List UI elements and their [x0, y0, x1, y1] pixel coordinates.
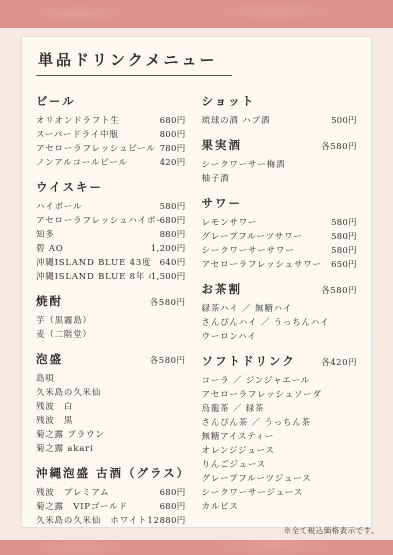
item-price: 880円	[160, 514, 186, 528]
menu-item: 知多880円	[36, 228, 186, 242]
menu-item: 残波 プレミアム680円	[36, 486, 186, 500]
item-label: ハイボール	[36, 200, 82, 214]
menu-item: オレンジジュース	[202, 444, 357, 458]
item-label: グレープフルーツジュース	[202, 472, 312, 486]
item-label: 菊之露 VIPゴールド	[36, 500, 128, 514]
section-header: ソフトドリンク各420円	[202, 353, 357, 369]
item-price: 650円	[331, 258, 357, 272]
item-label: グレープフルーツサワー	[202, 230, 303, 244]
section-item-list: コーラ ／ ジンジャエールアセローラフレッシュソーダ烏龍茶 ／ 緑茶さんぴん茶 …	[202, 374, 357, 514]
menu-item: 残波 黒	[36, 414, 186, 428]
item-label: 残波 白	[36, 400, 73, 414]
item-price: 640円	[160, 256, 186, 270]
menu-item: 残波 白	[36, 400, 186, 414]
menu-item: コーラ ／ ジンジャエール	[202, 374, 357, 388]
item-price: 1,500円	[151, 270, 186, 284]
section-header: お茶割各580円	[202, 281, 357, 297]
menu-item: 沖縄ISLAND BLUE 43度640円	[36, 256, 186, 270]
item-label: アセローラフレッシュサワー	[202, 258, 322, 272]
menu-item: ノンアルコールビール420円	[36, 156, 186, 170]
section-header: 果実酒各580円	[202, 137, 357, 153]
menu-item: 島唄	[36, 372, 186, 386]
item-label: コーラ ／ ジンジャエール	[202, 374, 311, 388]
menu-item: 菊之露 akari	[36, 442, 186, 456]
item-label: 沖縄ISLAND BLUE 43度	[36, 256, 151, 270]
section-header: サワー	[202, 195, 357, 211]
section-header: ビール	[36, 93, 186, 109]
item-label: オリオンドラフト生	[36, 114, 120, 128]
item-label: シークワーサー梅酒	[202, 158, 286, 172]
section-header: ショット	[202, 93, 357, 109]
section-item-list: レモンサワー580円グレープフルーツサワー580円シークワーサーサワー580円ア…	[202, 216, 357, 272]
item-price: 580円	[331, 244, 357, 258]
menu-item: ウーロンハイ	[202, 330, 357, 344]
item-label: 柚子酒	[202, 172, 230, 186]
section-title: 焼酎	[36, 293, 63, 309]
menu-columns: ビールオリオンドラフト生680円スーパードライ中瓶800円アセローラフレッシュビ…	[36, 84, 357, 530]
section-price-note: 各580円	[321, 140, 357, 152]
menu-section: ソフトドリンク各420円コーラ ／ ジンジャエールアセローラフレッシュソーダ烏龍…	[202, 353, 357, 514]
section-item-list: ハイボール580円アセローラフレッシュハイボール680円知多880円碧 AO1,…	[36, 200, 186, 284]
item-label: 久米島の久米仙	[36, 386, 101, 400]
menu-item: シークワーサー梅酒	[202, 158, 357, 172]
item-label: アセローラフレッシュビール	[36, 142, 156, 156]
item-label: 残波 黒	[36, 414, 73, 428]
section-item-list: 緑茶ハイ ／ 無糖ハイさんぴんハイ ／ うっちんハイウーロンハイ	[202, 302, 357, 344]
item-label: 烏龍茶 ／ 緑茶	[202, 402, 265, 416]
item-label: りんごジュース	[202, 458, 267, 472]
menu-item: 碧 AO1,200円	[36, 242, 186, 256]
section-item-list: 琉球の酒 ハブ酒500円	[202, 114, 357, 128]
item-label: 麦（二階堂）	[36, 328, 92, 342]
menu-item: アセローラフレッシュサワー650円	[202, 258, 357, 272]
menu-card: 単品ドリンクメニュー ビールオリオンドラフト生680円スーパードライ中瓶800円…	[21, 36, 372, 528]
section-item-list: 残波 プレミアム680円菊之露 VIPゴールド680円久米島の久米仙 ホワイト1…	[36, 486, 186, 528]
section-header: 焼酎各580円	[36, 293, 186, 309]
section-title: サワー	[202, 195, 243, 211]
item-label: 知多	[36, 228, 55, 242]
menu-item: アセローラフレッシュビール780円	[36, 142, 186, 156]
section-header: 泡盛各580円	[36, 351, 186, 367]
menu-section: サワーレモンサワー580円グレープフルーツサワー580円シークワーサーサワー58…	[202, 195, 357, 272]
item-label: スーパードライ中瓶	[36, 128, 119, 142]
menu-item: 緑茶ハイ ／ 無糖ハイ	[202, 302, 357, 316]
item-label: 琉球の酒 ハブ酒	[202, 114, 271, 128]
item-label: 菊之露 ブラウン	[36, 428, 105, 442]
menu-column: ビールオリオンドラフト生680円スーパードライ中瓶800円アセローラフレッシュビ…	[36, 84, 186, 530]
menu-section: 沖縄泡盛 古酒（グラス）残波 プレミアム680円菊之露 VIPゴールド680円久…	[36, 465, 186, 528]
item-price: 800円	[160, 128, 186, 142]
section-title: 果実酒	[202, 137, 243, 153]
menu-item: 無糖アイスティー	[202, 430, 357, 444]
menu-item: 沖縄ISLAND BLUE 8年 40度1,500円	[36, 270, 186, 284]
item-label: 菊之露 akari	[36, 442, 93, 456]
menu-item: りんごジュース	[202, 458, 357, 472]
section-title: 泡盛	[36, 351, 63, 367]
section-title: ウイスキー	[36, 179, 103, 195]
item-label: 島唄	[36, 372, 55, 386]
item-price: 880円	[160, 228, 186, 242]
item-label: カルピス	[202, 500, 239, 514]
item-price: 580円	[331, 216, 357, 230]
item-label: さんぴん茶 ／ うっちん茶	[202, 416, 311, 430]
item-price: 680円	[160, 114, 186, 128]
section-title: 沖縄泡盛 古酒（グラス）	[36, 465, 186, 481]
item-label: 緑茶ハイ ／ 無糖ハイ	[202, 302, 293, 316]
item-label: アセローラフレッシュソーダ	[202, 388, 322, 402]
section-item-list: 芋（黒霧島）麦（二階堂）	[36, 314, 186, 342]
menu-item: シークワーサーサワー580円	[202, 244, 357, 258]
item-price: 580円	[331, 230, 357, 244]
section-price-note: 各420円	[321, 356, 357, 368]
menu-item: レモンサワー580円	[202, 216, 357, 230]
menu-item: 芋（黒霧島）	[36, 314, 186, 328]
menu-item: アセローラフレッシュソーダ	[202, 388, 357, 402]
menu-item: アセローラフレッシュハイボール680円	[36, 214, 186, 228]
section-price-note: 各580円	[150, 296, 186, 308]
menu-item: 琉球の酒 ハブ酒500円	[202, 114, 357, 128]
section-title: ショット	[202, 93, 256, 109]
item-label: 芋（黒霧島）	[36, 314, 92, 328]
menu-item: 菊之露 ブラウン	[36, 428, 186, 442]
menu-item: 麦（二階堂）	[36, 328, 186, 342]
item-label: 無糖アイスティー	[202, 430, 275, 444]
section-title: ビール	[36, 93, 76, 109]
bottom-border-strip	[0, 540, 393, 555]
item-price: 680円	[160, 486, 186, 500]
item-label: 久米島の久米仙 ホワイト12年	[36, 514, 160, 528]
item-label: オレンジジュース	[202, 444, 275, 458]
menu-section: ショット琉球の酒 ハブ酒500円	[202, 93, 357, 128]
item-price: 780円	[160, 142, 186, 156]
item-price: 500円	[331, 114, 357, 128]
menu-item: オリオンドラフト生680円	[36, 114, 186, 128]
menu-section: ビールオリオンドラフト生680円スーパードライ中瓶800円アセローラフレッシュビ…	[36, 93, 186, 170]
menu-column: ショット琉球の酒 ハブ酒500円果実酒各580円シークワーサー梅酒柚子酒サワーレ…	[202, 84, 357, 530]
section-price-note: 各580円	[321, 284, 357, 296]
item-label: さんぴんハイ ／ うっちんハイ	[202, 316, 330, 330]
section-title: お茶割	[202, 281, 243, 297]
menu-item: 柚子酒	[202, 172, 357, 186]
section-item-list: オリオンドラフト生680円スーパードライ中瓶800円アセローラフレッシュビール7…	[36, 114, 186, 170]
section-item-list: 島唄久米島の久米仙残波 白残波 黒菊之露 ブラウン菊之露 akari	[36, 372, 186, 456]
item-price: 420円	[160, 156, 186, 170]
item-label: ノンアルコールビール	[36, 156, 128, 170]
section-price-note: 各580円	[150, 354, 186, 366]
menu-item: 烏龍茶 ／ 緑茶	[202, 402, 357, 416]
menu-section: お茶割各580円緑茶ハイ ／ 無糖ハイさんぴんハイ ／ うっちんハイウーロンハイ	[202, 281, 357, 344]
menu-item: ハイボール580円	[36, 200, 186, 214]
section-item-list: シークワーサー梅酒柚子酒	[202, 158, 357, 186]
item-label: 沖縄ISLAND BLUE 8年 40度	[36, 270, 151, 284]
item-label: 残波 プレミアム	[36, 486, 109, 500]
item-price: 680円	[160, 500, 186, 514]
item-label: アセローラフレッシュハイボール	[36, 214, 160, 228]
menu-item: グレープフルーツサワー580円	[202, 230, 357, 244]
page-title: 単品ドリンクメニュー	[36, 47, 232, 76]
menu-section: ウイスキーハイボール580円アセローラフレッシュハイボール680円知多880円碧…	[36, 179, 186, 284]
item-label: 碧 AO	[36, 242, 64, 256]
menu-section: 果実酒各580円シークワーサー梅酒柚子酒	[202, 137, 357, 186]
section-header: 沖縄泡盛 古酒（グラス）	[36, 465, 186, 481]
item-label: ウーロンハイ	[202, 330, 257, 344]
top-border-strip	[0, 0, 393, 28]
menu-section: 泡盛各580円島唄久米島の久米仙残波 白残波 黒菊之露 ブラウン菊之露 akar…	[36, 351, 186, 456]
menu-item: さんぴん茶 ／ うっちん茶	[202, 416, 357, 430]
tax-footnote: ※全て税込価格表示です。	[284, 525, 379, 536]
menu-item: スーパードライ中瓶800円	[36, 128, 186, 142]
item-label: レモンサワー	[202, 216, 258, 230]
item-label: シークワーサーサワー	[202, 244, 295, 258]
item-label: シークワーサージュース	[202, 486, 304, 500]
menu-section: 焼酎各580円芋（黒霧島）麦（二階堂）	[36, 293, 186, 342]
menu-item: さんぴんハイ ／ うっちんハイ	[202, 316, 357, 330]
section-title: ソフトドリンク	[202, 353, 296, 369]
menu-item: 久米島の久米仙 ホワイト12年880円	[36, 514, 186, 528]
section-header: ウイスキー	[36, 179, 186, 195]
item-price: 580円	[160, 200, 186, 214]
menu-item: 菊之露 VIPゴールド680円	[36, 500, 186, 514]
menu-item: シークワーサージュース	[202, 486, 357, 500]
item-price: 680円	[160, 214, 186, 228]
item-price: 1,200円	[151, 242, 186, 256]
menu-item: グレープフルーツジュース	[202, 472, 357, 486]
menu-item: カルピス	[202, 500, 357, 514]
menu-item: 久米島の久米仙	[36, 386, 186, 400]
